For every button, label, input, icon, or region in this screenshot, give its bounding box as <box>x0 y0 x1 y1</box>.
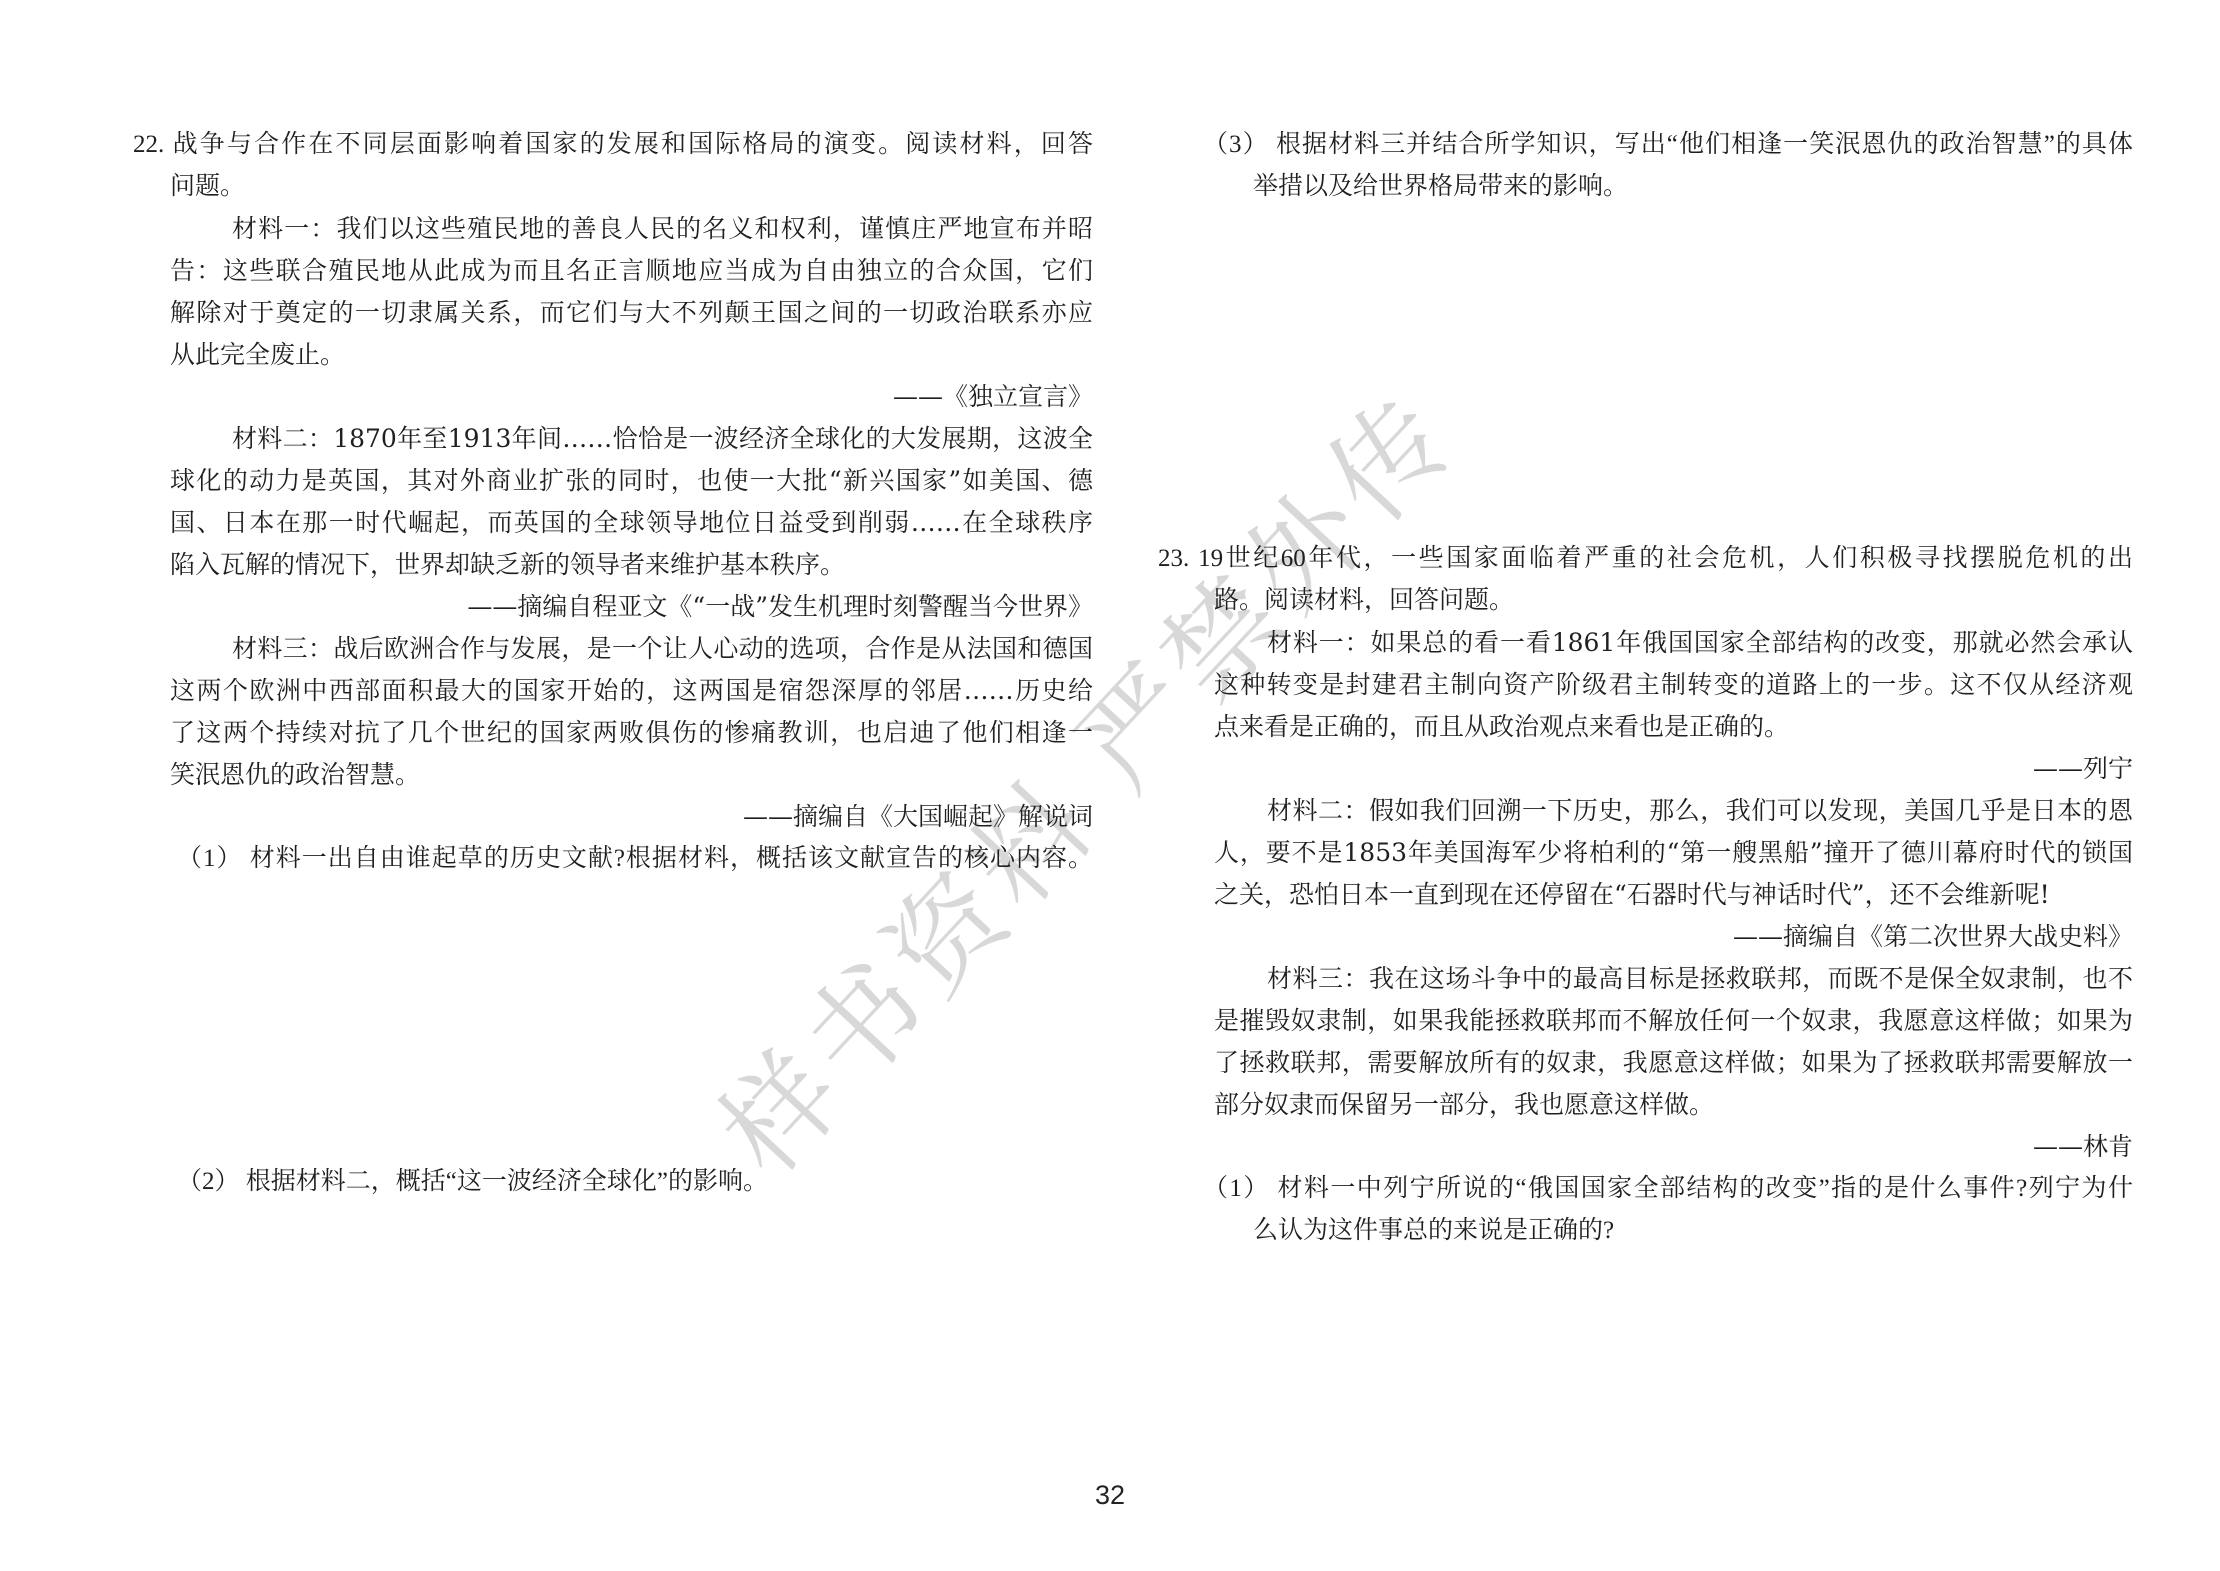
sub-question-text: 根据材料二，概括“这一波经济全球化”的影响。 <box>246 1168 768 1195</box>
question-23: 23. 19世纪60年代，一些国家面临着严重的社会危机，人们积极寻找摆脱危机的出… <box>1158 538 2133 1252</box>
material-1-line: 点来看是正确的，而且从政治观点来看也是正确的。 <box>1158 706 2133 748</box>
question-22-stem-text: 战争与合作在不同层面影响着国家的发展和国际格局的演变。阅读材料，回答 <box>173 131 1093 158</box>
material-1-line: 解除对于奠定的一切隶属关系，而它们与大不列颠王国之间的一切政治联系亦应 <box>133 292 1093 334</box>
question-22-number: 22. <box>133 131 164 158</box>
question-22-sub-1: （1） 材料一出自由谁起草的历史文献?根据材料，概括该文献宣告的核心内容。 <box>133 838 1093 880</box>
question-22: 22. 战争与合作在不同层面影响着国家的发展和国际格局的演变。阅读材料，回答 问… <box>133 124 1093 880</box>
material-3-line: 材料三：我在这场斗争中的最高目标是拯救联邦，而既不是保全奴隶制，也不 <box>1158 958 2133 1000</box>
material-1-line: 从此完全废止。 <box>133 334 1093 376</box>
question-23-stem-line-1: 23. 19世纪60年代，一些国家面临着严重的社会危机，人们积极寻找摆脱危机的出 <box>1158 538 2133 580</box>
material-3-line: 部分奴隶而保留另一部分，我也愿意这样做。 <box>1158 1084 2133 1126</box>
sub-question-marker: （3） <box>1203 131 1269 158</box>
material-3-line: 笑泯恩仇的政治智慧。 <box>133 754 1093 796</box>
question-23-sub-1-line-2: 么认为这件事总的来说是正确的? <box>1158 1210 2133 1252</box>
material-2-line: 国、日本在那一时代崛起，而英国的全球领导地位日益受到削弱……在全球秩序 <box>133 502 1093 544</box>
material-1-line: 材料一：我们以这些殖民地的善良人民的名义和权利，谨慎庄严地宣布并昭 <box>133 208 1093 250</box>
question-23-stem-text: 19世纪60年代，一些国家面临着严重的社会危机，人们积极寻找摆脱危机的出 <box>1198 545 2133 572</box>
material-1-line: 这种转变是封建君主制向资产阶级君主制转变的道路上的一步。这不仅从经济观 <box>1158 664 2133 706</box>
sub-question-text: 材料一中列宁所说的“俄国国家全部结构的改变”指的是什么事件?列宁为什 <box>1277 1175 2133 1202</box>
question-22-sub-3-line-1: （3） 根据材料三并结合所学知识，写出“他们相逢一笑泯恩仇的政治智慧”的具体 <box>1158 124 2133 166</box>
question-22-sub-2-block: （2） 根据材料二，概括“这一波经济全球化”的影响。 <box>133 1161 1093 1203</box>
material-2-line: 材料二：1870年至1913年间……恰恰是一波经济全球化的大发展期，这波全 <box>133 418 1093 460</box>
material-3-source: ——摘编自《大国崛起》解说词 <box>133 796 1093 838</box>
material-1-line: 材料一：如果总的看一看1861年俄国国家全部结构的改变，那就必然会承认 <box>1158 622 2133 664</box>
material-1-source: ——《独立宣言》 <box>133 376 1093 418</box>
material-2-line: 人，要不是1853年美国海军少将柏利的“第一艘黑船”撞开了德川幕府时代的锁国 <box>1158 832 2133 874</box>
sub-question-text: 材料一出自由谁起草的历史文献?根据材料，概括该文献宣告的核心内容。 <box>250 845 1093 872</box>
sub-question-marker: （1） <box>1203 1175 1270 1202</box>
question-22-sub-2: （2） 根据材料二，概括“这一波经济全球化”的影响。 <box>133 1161 1093 1203</box>
material-3-line: 了这两个持续对抗了几个世纪的国家两败俱伤的惨痛教训，也启迪了他们相逢一 <box>133 712 1093 754</box>
left-column: 22. 战争与合作在不同层面影响着国家的发展和国际格局的演变。阅读材料，回答 问… <box>133 0 1093 1571</box>
right-column: （3） 根据材料三并结合所学知识，写出“他们相逢一笑泯恩仇的政治智慧”的具体 举… <box>1158 0 2133 1571</box>
material-2-source: ——摘编自《第二次世界大战史料》 <box>1158 916 2133 958</box>
question-23-sub-1-line-1: （1） 材料一中列宁所说的“俄国国家全部结构的改变”指的是什么事件?列宁为什 <box>1158 1168 2133 1210</box>
material-3-source: ——林肯 <box>1158 1126 2133 1168</box>
material-2-source: ——摘编自程亚文《“一战”发生机理时刻警醒当今世界》 <box>133 586 1093 628</box>
material-1-line: 告：这些联合殖民地从此成为而且名正言顺地应当成为自由独立的合众国，它们 <box>133 250 1093 292</box>
material-2-line: 陷入瓦解的情况下，世界却缺乏新的领导者来维护基本秩序。 <box>133 544 1093 586</box>
sub-question-marker: （1） <box>177 845 243 872</box>
sub-question-marker: （2） <box>177 1168 240 1195</box>
material-3-line: 材料三：战后欧洲合作与发展，是一个让人心动的选项，合作是从法国和德国 <box>133 628 1093 670</box>
question-22-stem-line-2: 问题。 <box>133 166 1093 208</box>
material-3-line: 这两个欧洲中西部面积最大的国家开始的，这两国是宿怨深厚的邻居……历史给 <box>133 670 1093 712</box>
sub-question-text: 根据材料三并结合所学知识，写出“他们相逢一笑泯恩仇的政治智慧”的具体 <box>1276 131 2133 158</box>
material-3-line: 是摧毁奴隶制，如果我能拯救联邦而不解放任何一个奴隶，我愿意这样做；如果为 <box>1158 1000 2133 1042</box>
material-2-line: 之关，恐怕日本一直到现在还停留在“石器时代与神话时代”，还不会维新呢! <box>1158 874 2133 916</box>
question-22-sub-3-line-2: 举措以及给世界格局带来的影响。 <box>1158 166 2133 208</box>
question-23-number: 23. <box>1158 545 1189 572</box>
material-2-line: 球化的动力是英国，其对外商业扩张的同时，也使一大批“新兴国家”如美国、德 <box>133 460 1093 502</box>
material-2-line: 材料二：假如我们回溯一下历史，那么，我们可以发现，美国几乎是日本的恩 <box>1158 790 2133 832</box>
question-22-sub-3-block: （3） 根据材料三并结合所学知识，写出“他们相逢一笑泯恩仇的政治智慧”的具体 举… <box>1158 124 2133 208</box>
material-3-line: 了拯救联邦，需要解放所有的奴隶，我愿意这样做；如果为了拯救联邦需要解放一 <box>1158 1042 2133 1084</box>
question-23-stem-line-2: 路。阅读材料，回答问题。 <box>1158 580 2133 622</box>
question-22-stem-line-1: 22. 战争与合作在不同层面影响着国家的发展和国际格局的演变。阅读材料，回答 <box>133 124 1093 166</box>
page-number: 32 <box>0 1480 2220 1511</box>
material-1-source: ——列宁 <box>1158 748 2133 790</box>
exam-page: 样书资料 严禁外传 22. 战争与合作在不同层面影响着国家的发展和国际格局的演变… <box>0 0 2220 1571</box>
